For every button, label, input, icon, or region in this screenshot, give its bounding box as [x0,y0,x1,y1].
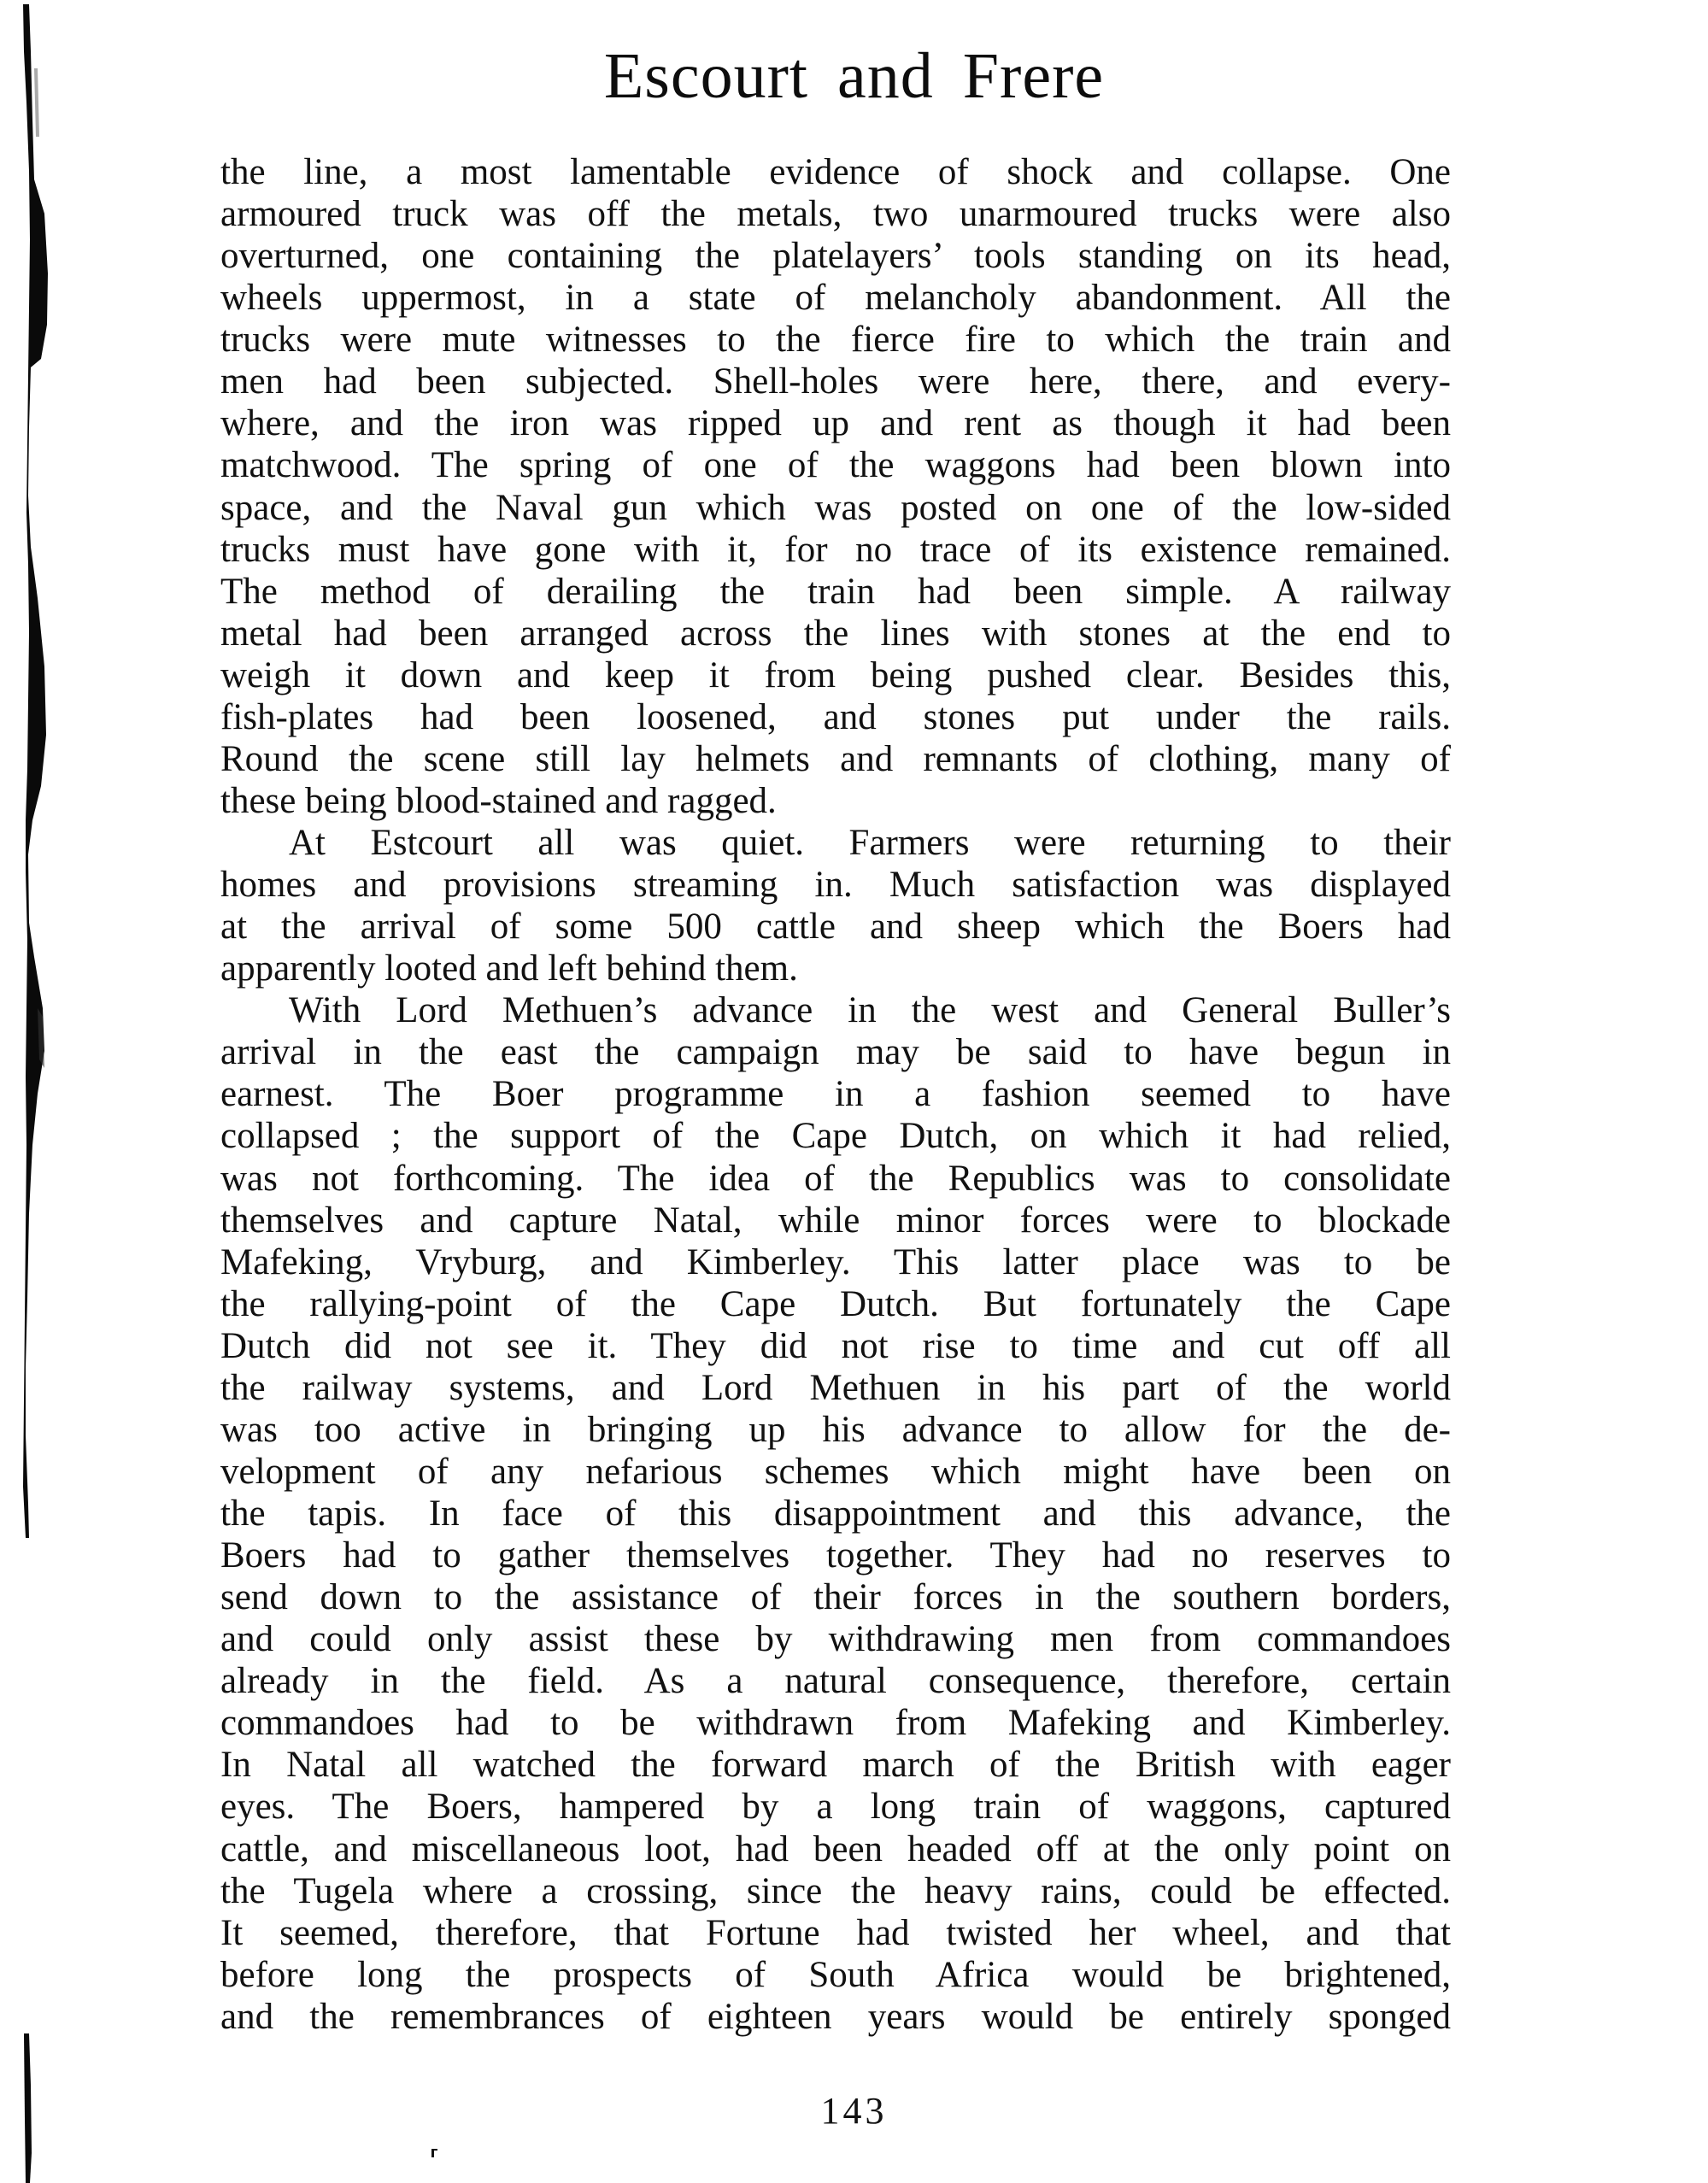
text-line: wheels uppermost, in a state of melancho… [220,277,1451,319]
text-line: the tapis. In face of this disappointmen… [220,1493,1451,1535]
text-line: men had been subjected. Shell-holes were… [220,361,1451,402]
text-line: themselves and capture Natal, while mino… [220,1200,1451,1241]
text-line: metal had been arranged across the lines… [220,613,1451,654]
text-line: Dutch did not see it. They did not rise … [220,1325,1451,1367]
text-line: where, and the iron was ripped up and re… [220,402,1451,444]
text-line: the railway systems, and Lord Methuen in… [220,1367,1451,1409]
text-line: before long the prospects of South Afric… [220,1954,1451,1996]
text-line: the Tugela where a crossing, since the h… [220,1870,1451,1912]
text-line: The method of derailing the train had be… [220,571,1451,613]
text-line: these being blood-stained and ragged. [220,780,1451,822]
text-line: commandoes had to be withdrawn from Mafe… [220,1702,1451,1744]
text-line: the line, a most lamentable evidence of … [220,151,1451,193]
paragraph: With Lord Methuen’s advance in the west … [220,989,1451,2038]
scan-speck [431,2149,437,2157]
text-line: homes and provisions streaming in. Much … [220,864,1451,906]
running-head: Escourt and Frere [0,38,1708,114]
text-line: collapsed ; the support of the Cape Dutc… [220,1115,1451,1157]
text-line: matchwood. The spring of one of the wagg… [220,444,1451,486]
text-line: weigh it down and keep it from being pus… [220,654,1451,696]
text-line: Boers had to gather themselves together.… [220,1535,1451,1576]
text-line: the rallying-point of the Cape Dutch. Bu… [220,1283,1451,1325]
text-line: was too active in bringing up his advanc… [220,1409,1451,1451]
text-line: velopment of any nefarious schemes which… [220,1451,1451,1493]
text-line: was not forthcoming. The idea of the Rep… [220,1158,1451,1200]
paragraph: At Estcourt all was quiet. Farmers were … [220,822,1451,989]
text-line: space, and the Naval gun which was poste… [220,487,1451,529]
body-text: the line, a most lamentable evidence of … [220,151,1451,2038]
text-line: earnest. The Boer programme in a fashion… [220,1073,1451,1115]
text-line: arrival in the east the campaign may be … [220,1031,1451,1073]
text-line: overturned, one containing the platelaye… [220,235,1451,277]
text-line: armoured truck was off the metals, two u… [220,193,1451,235]
text-line: trucks were mute witnesses to the fierce… [220,319,1451,361]
text-line: already in the field. As a natural conse… [220,1660,1451,1702]
scan-edge-shadow [0,0,60,2183]
text-line: In Natal all watched the forward march o… [220,1744,1451,1786]
text-line: Mafeking, Vryburg, and Kimberley. This l… [220,1241,1451,1283]
paragraph: the line, a most lamentable evidence of … [220,151,1451,822]
text-line: trucks must have gone with it, for no tr… [220,529,1451,571]
page-number: 143 [0,2090,1708,2133]
text-line: With Lord Methuen’s advance in the west … [220,989,1451,1031]
text-line: send down to the assistance of their for… [220,1576,1451,1618]
text-line: cattle, and miscellaneous loot, had been… [220,1828,1451,1870]
text-line: Round the scene still lay helmets and re… [220,738,1451,780]
text-line: and the remembrances of eighteen years w… [220,1996,1451,2038]
text-line: eyes. The Boers, hampered by a long trai… [220,1786,1451,1828]
text-line: and could only assist these by withdrawi… [220,1618,1451,1660]
text-line: apparently looted and left behind them. [220,948,1451,989]
text-line: It seemed, therefore, that Fortune had t… [220,1912,1451,1954]
text-line: fish-plates had been loosened, and stone… [220,696,1451,738]
text-line: At Estcourt all was quiet. Farmers were … [220,822,1451,864]
text-line: at the arrival of some 500 cattle and sh… [220,906,1451,948]
